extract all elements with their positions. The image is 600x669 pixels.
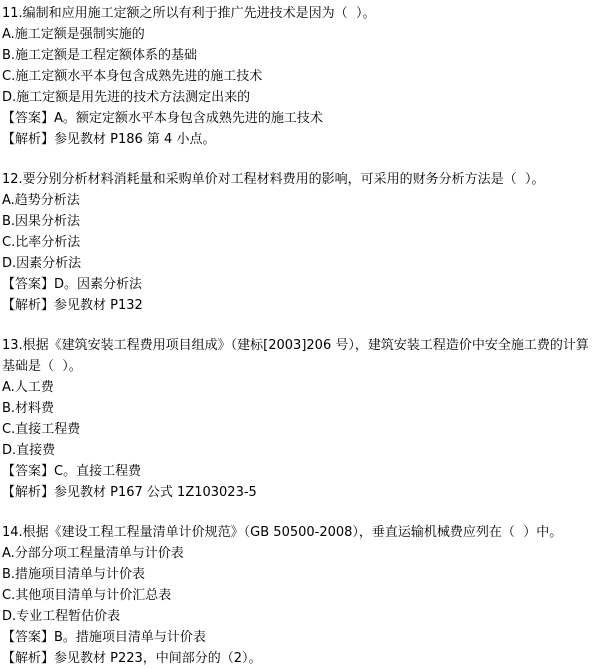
question-12-option-c: C.比率分析法: [2, 232, 598, 253]
question-14-stem: 14.根据《建设工程工程量清单计价规范》（GB 50500-2008），垂直运输…: [2, 522, 598, 543]
question-13-option-d: D.直接费: [2, 440, 598, 461]
question-11: 11.编制和应用施工定额之所以有利于推广先进技术是因为（ ）。 A.施工定额是强…: [2, 3, 598, 150]
question-12: 12.要分别分析材料消耗量和采购单价对工程材料费用的影响，可采用的财务分析方法是…: [2, 169, 598, 316]
question-13-option-c: C.直接工程费: [2, 419, 598, 440]
question-14: 14.根据《建设工程工程量清单计价规范》（GB 50500-2008），垂直运输…: [2, 522, 598, 669]
question-11-stem: 11.编制和应用施工定额之所以有利于推广先进技术是因为（ ）。: [2, 3, 598, 24]
question-12-option-a: A.趋势分析法: [2, 190, 598, 211]
question-13-analysis: 【解析】参见教材 P167 公式 1Z103023-5: [2, 482, 598, 503]
question-12-option-d: D.因素分析法: [2, 253, 598, 274]
exam-document: 11.编制和应用施工定额之所以有利于推广先进技术是因为（ ）。 A.施工定额是强…: [0, 0, 600, 669]
question-14-option-a: A.分部分项工程量清单与计价表: [2, 543, 598, 564]
question-14-option-b: B.措施项目清单与计价表: [2, 564, 598, 585]
question-12-answer: 【答案】D。因素分析法: [2, 274, 598, 295]
question-11-analysis: 【解析】参见教材 P186 第 4 小点。: [2, 129, 598, 150]
question-13: 13.根据《建筑安装工程费用项目组成》（建标[2003]206 号），建筑安装工…: [2, 335, 598, 503]
question-14-option-c: C.其他项目清单与计价汇总表: [2, 585, 598, 606]
question-11-answer: 【答案】A。额定定额水平本身包含成熟先进的施工技术: [2, 108, 598, 129]
question-11-option-d: D.施工定额是用先进的技术方法测定出来的: [2, 87, 598, 108]
question-11-option-c: C.施工定额水平本身包含成熟先进的施工技术: [2, 66, 598, 87]
question-11-option-a: A.施工定额是强制实施的: [2, 24, 598, 45]
question-14-answer: 【答案】B。措施项目清单与计价表: [2, 627, 598, 648]
question-13-option-a: A.人工费: [2, 377, 598, 398]
question-12-option-b: B.因果分析法: [2, 211, 598, 232]
question-12-analysis: 【解析】参见教材 P132: [2, 295, 598, 316]
question-13-stem: 13.根据《建筑安装工程费用项目组成》（建标[2003]206 号），建筑安装工…: [2, 335, 598, 377]
question-12-stem: 12.要分别分析材料消耗量和采购单价对工程材料费用的影响，可采用的财务分析方法是…: [2, 169, 598, 190]
question-14-option-d: D.专业工程暂估价表: [2, 606, 598, 627]
question-11-option-b: B.施工定额是工程定额体系的基础: [2, 45, 598, 66]
question-13-answer: 【答案】C。直接工程费: [2, 461, 598, 482]
question-13-option-b: B.材料费: [2, 398, 598, 419]
